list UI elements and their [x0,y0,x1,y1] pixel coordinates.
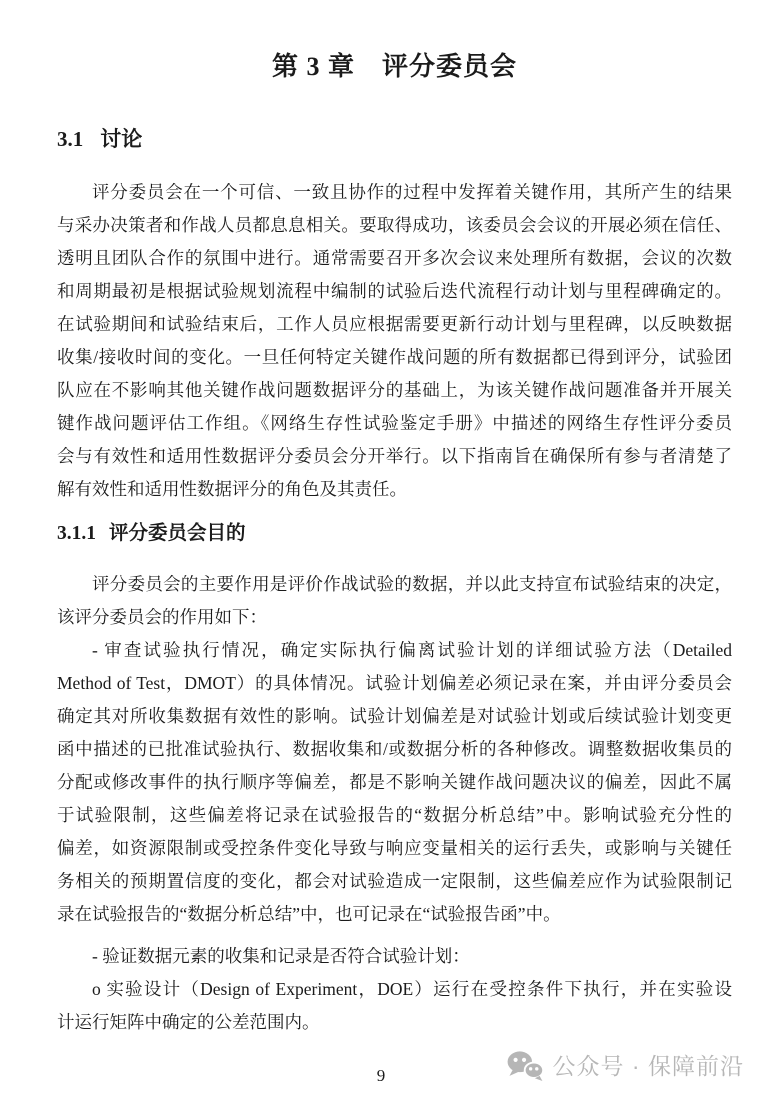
bullet-line: 分配或修改事件的执行顺序等偏差，都是不影响关键作战问题决议的偏差，因此不属 [57,766,732,799]
section-title: 讨论 [100,127,142,151]
paragraph-line: 和周期最初是根据试验规划流程中编制的试验后迭代流程行动计划与里程碑确定的。 [57,275,732,308]
bullet-line: 于试验限制，这些偏差将记录在试验报告的“数据分析总结”中。影响试验充分性的 [57,799,732,832]
paragraph-discussion: 评分委员会在一个可信、一致且协作的过程中发挥着关键作用，其所产生的结果 与采办决… [57,176,732,506]
wechat-icon [506,1050,544,1082]
section-title: 评分委员会目的 [109,523,246,544]
paragraph-line: 评分委员会在一个可信、一致且协作的过程中发挥着关键作用，其所产生的结果 [57,176,732,209]
section-number: 3.1.1 [57,523,96,544]
bullet-item-review: - 审查试验执行情况，确定实际执行偏离试验计划的详细试验方法（Detailed … [57,634,732,931]
sub-bullet-line: 计运行矩阵中确定的公差范围内。 [57,1006,732,1039]
sub-bullet-line: o 实验设计（Design of Experiment，DOE）运行在受控条件下… [57,973,732,1006]
paragraph-line: 在试验期间和试验结束后，工作人员应根据需要更新行动计划与里程碑，以反映数据 [57,308,732,341]
watermark-label: 公众号 · 保障前沿 [553,1048,744,1084]
paragraph-line: 队应在不影响其他关键作战问题数据评分的基础上，为该关键作战问题准备并开展关 [57,374,732,407]
paragraph-line: 键作战问题评估工作组。《网络生存性试验鉴定手册》中描述的网络生存性评分委员 [57,407,732,440]
paragraph-line: 收集/接收时间的变化。一旦任何特定关键作战问题的所有数据都已得到评分，试验团 [57,341,732,374]
paragraph-line: 透明且团队合作的氛围中进行。通常需要召开多次会议来处理所有数据，会议的次数 [57,242,732,275]
bullet-line: 录在试验报告的“数据分析总结”中，也可记录在“试验报告函”中。 [57,898,732,931]
paragraph-line: 该评分委员会的作用如下： [57,601,732,634]
paragraph-line: 解有效性和适用性数据评分的角色及其责任。 [57,473,732,506]
bullet-line: 偏差，如资源限制或受控条件变化导致与响应变量相关的运行丢失，或影响与关键任 [57,832,732,865]
section-number: 3.1 [57,127,83,151]
bullet-line: Method of Test，DMOT）的具体情况。试验计划偏差必须记录在案，并… [57,667,732,700]
bullet-line: 务相关的预期置信度的变化，都会对试验造成一定限制，这些偏差应作为试验限制记 [57,865,732,898]
sub-bullet-item-doe: o 实验设计（Design of Experiment，DOE）运行在受控条件下… [57,973,732,1039]
bullet-line: 函中描述的已批准试验执行、数据收集和/或数据分析的各种修改。调整数据收集员的 [57,733,732,766]
paragraph-line: 与采办决策者和作战人员都息息相关。要取得成功，该委员会会议的开展必须在信任、 [57,209,732,242]
bullet-line: - 审查试验执行情况，确定实际执行偏离试验计划的详细试验方法（Detailed [57,634,732,667]
chapter-title: 第 3 章 评分委员会 [57,52,732,82]
page-content: 第 3 章 评分委员会 3.1讨论 评分委员会在一个可信、一致且协作的过程中发挥… [0,0,762,1039]
bullet-line: 确定其对所收集数据有效性的影响。试验计划偏差是对试验计划或后续试验计划变更 [57,700,732,733]
section-heading-3-1: 3.1讨论 [57,125,732,153]
bullet-line: - 验证数据元素的收集和记录是否符合试验计划： [57,940,732,973]
document-page: 第 3 章 评分委员会 3.1讨论 评分委员会在一个可信、一致且协作的过程中发挥… [0,0,762,1107]
wechat-watermark: 公众号 · 保障前沿 [506,1048,744,1084]
bullet-item-verify: - 验证数据元素的收集和记录是否符合试验计划： [57,940,732,973]
paragraph-purpose: 评分委员会的主要作用是评价作战试验的数据，并以此支持宣布试验结束的决定， 该评分… [57,568,732,634]
paragraph-line: 评分委员会的主要作用是评价作战试验的数据，并以此支持宣布试验结束的决定， [57,568,732,601]
section-heading-3-1-1: 3.1.1评分委员会目的 [57,520,732,548]
paragraph-line: 会与有效性和适用性数据评分委员会分开举行。以下指南旨在确保所有参与者清楚了 [57,440,732,473]
